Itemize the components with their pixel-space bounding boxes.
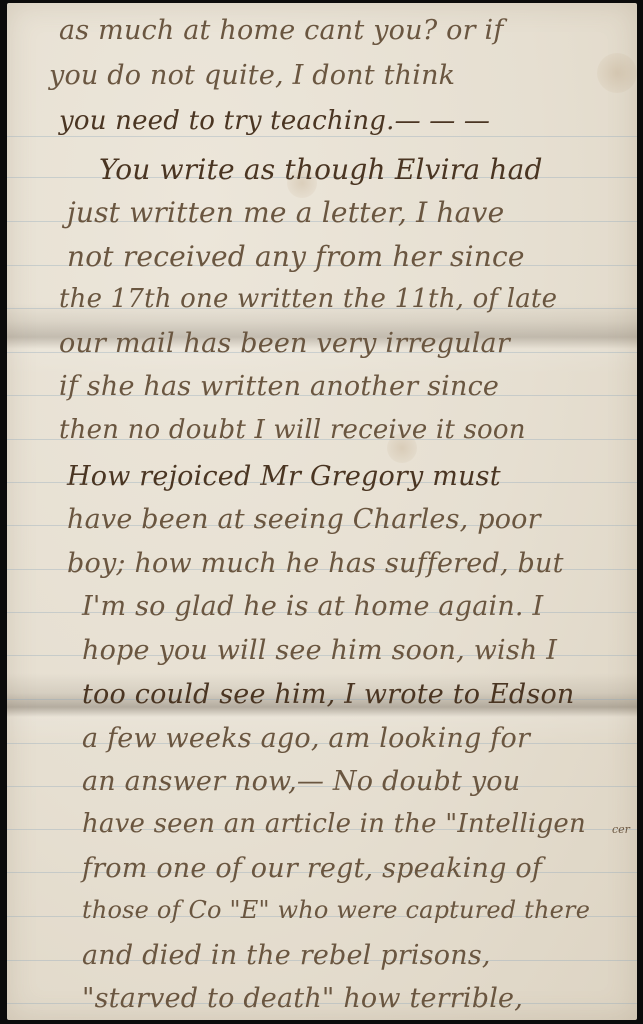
letter-line-14: I'm so glad he is at home again. I bbox=[82, 591, 543, 622]
letter-line-13: boy; how much he has suffered, but bbox=[67, 548, 564, 579]
margin-note: cer bbox=[612, 823, 630, 836]
letter-line-12: have been at seeing Charles, poor bbox=[67, 504, 541, 535]
letter-line-4: You write as though Elvira had bbox=[99, 153, 543, 186]
letter-line-21: those of Co "E" who were captured there bbox=[82, 896, 590, 924]
letter-line-1: as much at home cant you? or if bbox=[59, 15, 504, 46]
letter-line-11: How rejoiced Mr Gregory must bbox=[67, 461, 501, 492]
letter-line-23: "starved to death" how terrible, bbox=[82, 983, 523, 1014]
letter-line-2: you do not quite, I dont think bbox=[49, 60, 455, 91]
letter-line-3: you need to try teaching.— — — bbox=[59, 106, 490, 136]
scan-frame: as much at home cant you? or if you do n… bbox=[0, 0, 643, 1024]
letter-line-8: our mail has been very irregular bbox=[59, 328, 510, 359]
letter-line-17: a few weeks ago, am looking for bbox=[82, 723, 530, 754]
letter-line-19: have seen an article in the "Intelligen bbox=[82, 809, 586, 839]
letter-line-20: from one of our regt, speaking of bbox=[82, 853, 542, 884]
letter-line-6: not received any from her since bbox=[67, 240, 525, 273]
letter-line-16: too could see him, I wrote to Edson bbox=[82, 679, 575, 710]
letter-line-18: an answer now,— No doubt you bbox=[82, 766, 520, 797]
letter-line-9: if she has written another since bbox=[59, 371, 499, 402]
letter-line-7: the 17th one written the 11th, of late bbox=[59, 284, 557, 314]
letter-page: as much at home cant you? or if you do n… bbox=[7, 3, 637, 1020]
letter-line-5: just written me a letter, I have bbox=[67, 196, 504, 229]
ruled-line bbox=[7, 136, 637, 137]
letter-line-10: then no doubt I will receive it soon bbox=[59, 415, 526, 445]
letter-line-22: and died in the rebel prisons, bbox=[82, 940, 491, 971]
letter-line-15: hope you will see him soon, wish I bbox=[82, 635, 557, 666]
ink-stain bbox=[597, 53, 637, 93]
